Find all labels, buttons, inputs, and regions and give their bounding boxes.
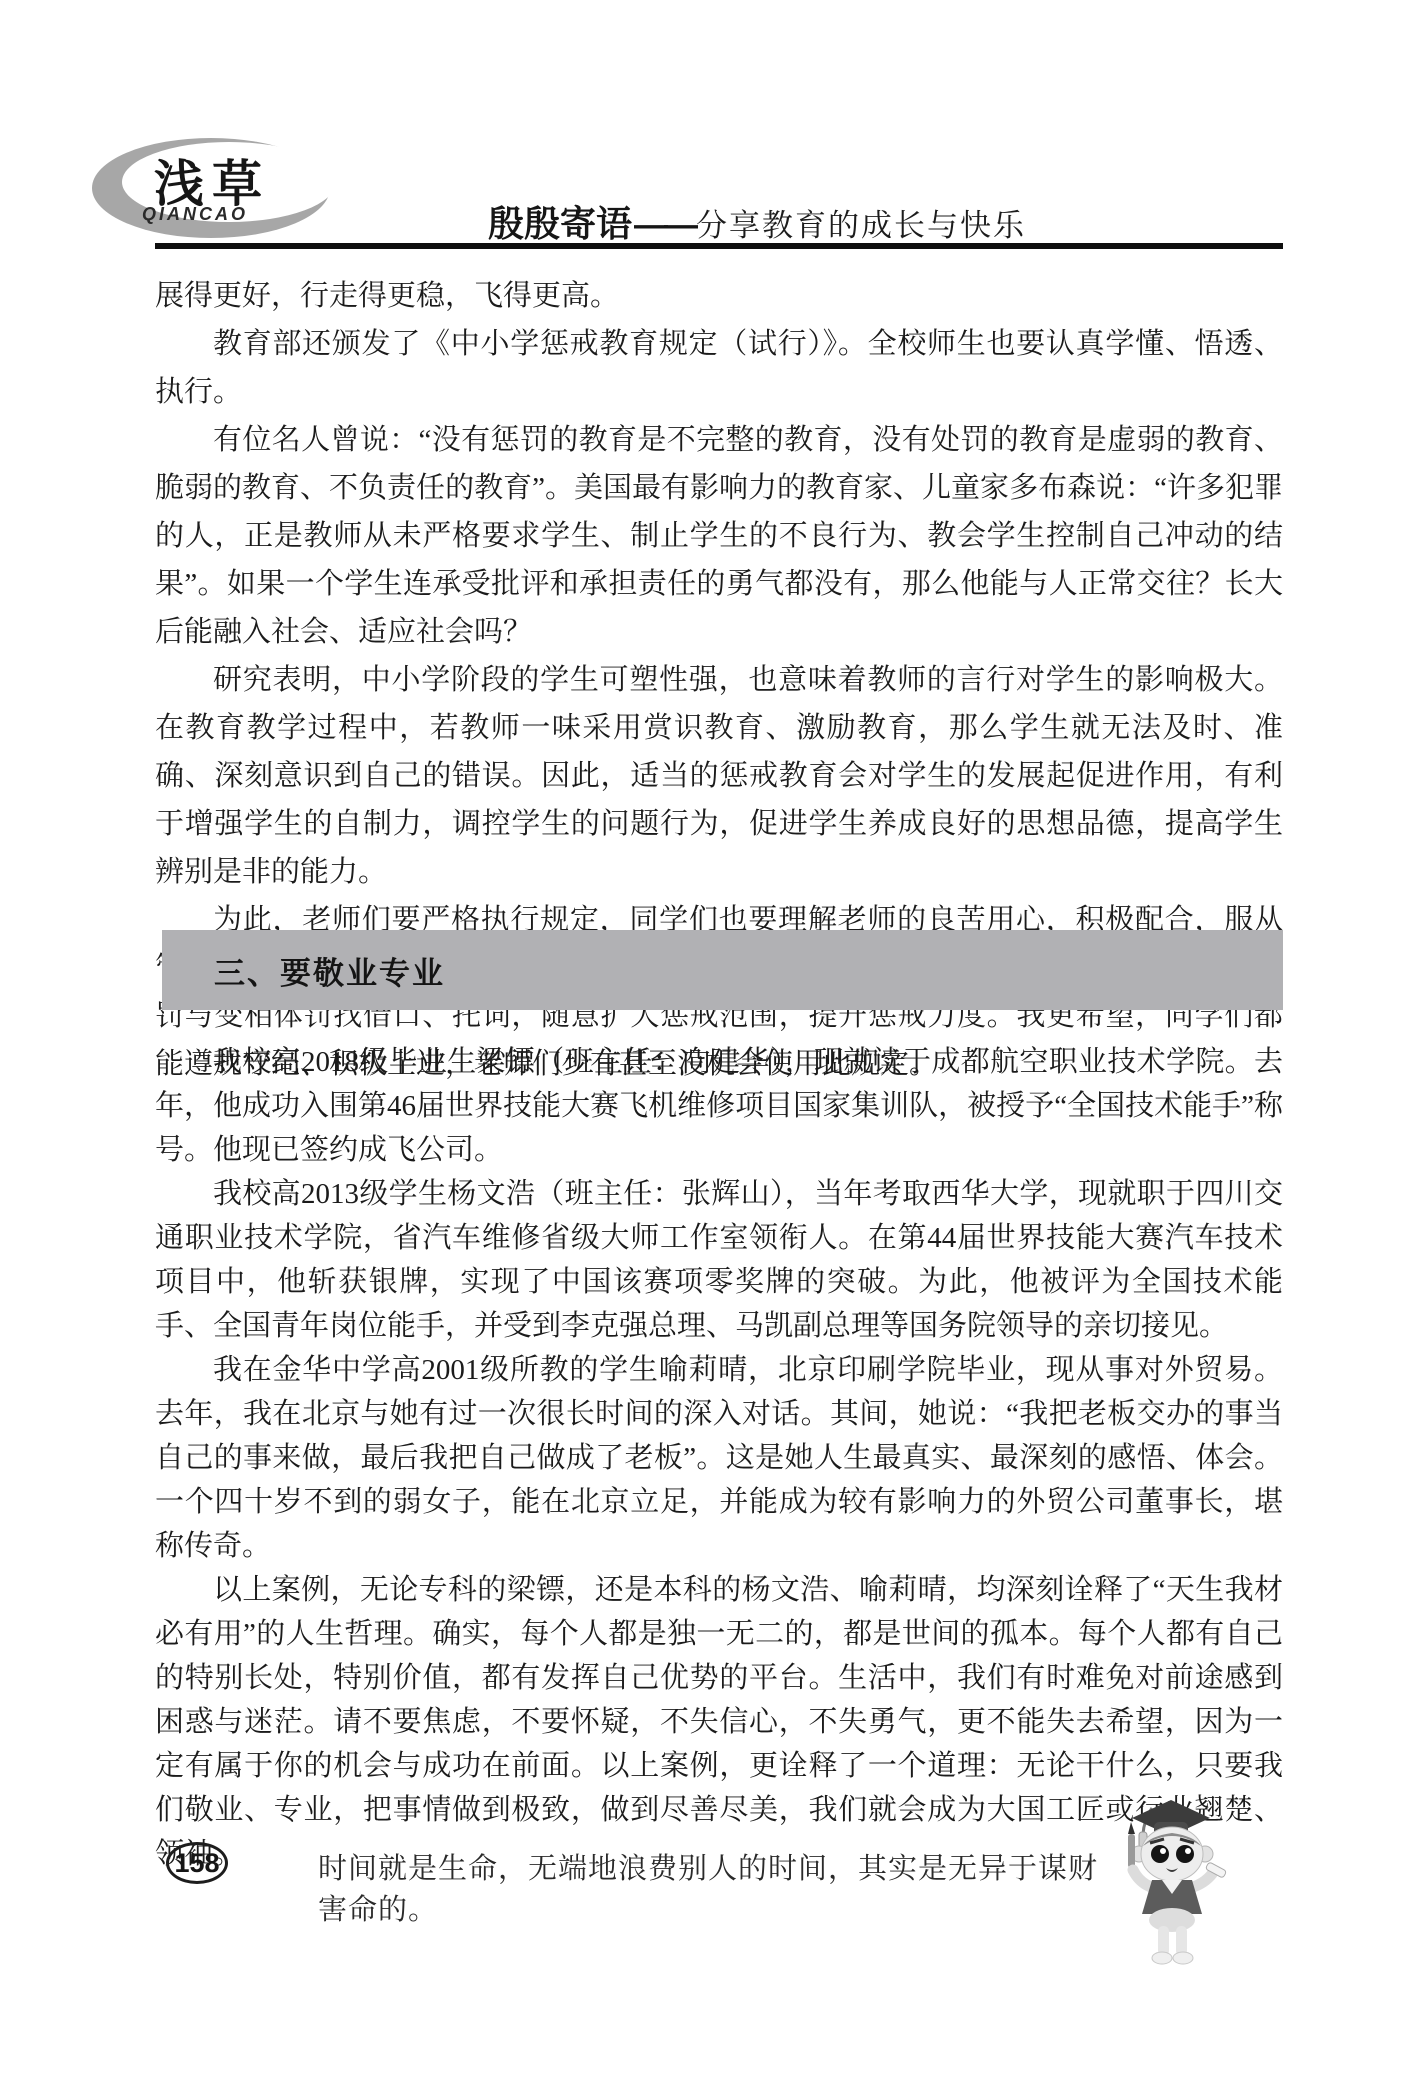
header-divider-rule bbox=[155, 243, 1283, 249]
body-paragraph: 有位名人曾说：“没有惩罚的教育是不完整的教育，没有处罚的教育是虚弱的教育、脆弱的… bbox=[155, 416, 1283, 656]
body-paragraph: 展得更好，行走得更稳，飞得更高。 bbox=[155, 272, 1283, 320]
body-paragraph: 教育部还颁发了《中小学惩戒教育规定（试行）》。全校师生也要认真学懂、悟透、执行。 bbox=[155, 320, 1283, 416]
header-title-main: 殷殷寄语 bbox=[488, 196, 632, 247]
logo-latin-text: QIANCAO bbox=[142, 204, 248, 225]
body-paragraph: 我校高2013级学生杨文浩（班主任：张辉山），当年考取西华大学，现就职于四川交通… bbox=[155, 1172, 1283, 1348]
mascot-graduate-icon bbox=[1112, 1788, 1232, 1968]
body-paragraph: 我在金华中学高2001级所教的学生喻莉晴，北京印刷学院毕业，现从事对外贸易。去年… bbox=[155, 1348, 1283, 1568]
body-paragraph: 我校高2018级毕业生梁镖（班主任：向建华），现就读于成都航空职业技术学院。去年… bbox=[155, 1040, 1283, 1172]
body-paragraph: 研究表明，中小学阶段的学生可塑性强，也意味着教师的言行对学生的影响极大。在教育教… bbox=[155, 656, 1283, 896]
header-title-dash: —— bbox=[634, 206, 694, 245]
book-page: 浅草 QIANCAO 殷殷寄语 —— 分享教育的成长与快乐 展得更好，行走得更稳… bbox=[0, 0, 1417, 2087]
section-heading-bar: 三、要敬业专业 bbox=[162, 930, 1283, 1010]
page-number-badge: 158 bbox=[166, 1842, 228, 1884]
page-header-title: 殷殷寄语 —— 分享教育的成长与快乐 bbox=[488, 196, 1026, 247]
footer-quote: 时间就是生命，无端地浪费别人的时间，其实是无异于谋财害命的。 bbox=[318, 1846, 1098, 1928]
section-heading-text: 三、要敬业专业 bbox=[214, 948, 445, 993]
body-text-section: 我校高2018级毕业生梁镖（班主任：向建华），现就读于成都航空职业技术学院。去年… bbox=[155, 1040, 1283, 1876]
header-title-subtitle: 分享教育的成长与快乐 bbox=[696, 200, 1026, 245]
qiancao-logo: 浅草 QIANCAO bbox=[92, 138, 330, 240]
